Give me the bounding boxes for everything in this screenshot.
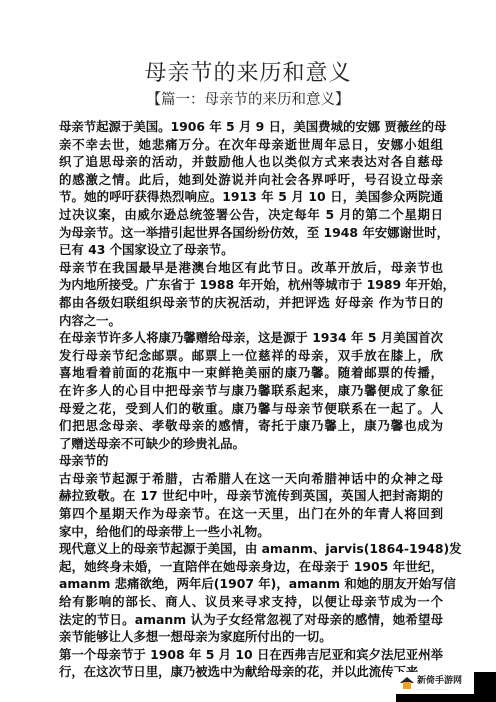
text-line: 们把思念母亲、孝敬母亲的感情，寄托于康乃馨上，康乃馨也成为: [59, 417, 443, 435]
text-line: 母亲节在我国最早是港澳台地区有此节日。改革开放后，母亲节也: [59, 259, 443, 277]
document-title: 母亲节的来历和意义: [0, 56, 496, 87]
text-line: 行，在这次节日里，康乃被选中为献给母亲的花，并以此流传下来。: [59, 663, 443, 681]
text-line: 法定的节日。amanm 认为子女经常忽视了对母亲的感情，她希望母: [59, 611, 443, 629]
watermark-logo: 新倚手游网 .........................: [396, 672, 496, 702]
watermark-text: 新倚手游网: [417, 676, 462, 686]
house-icon: [400, 677, 414, 689]
text-line: 母亲节的: [59, 452, 443, 470]
text-line: 家中，给他们的母亲带上一些小礼物。: [59, 523, 443, 541]
text-line: 过决议案，由威尔逊总统签署公告，决定每年 5 月的第二个星期日: [59, 206, 443, 224]
text-line: 为母亲节。这一举措引起世界各国纷纷仿效，至 1948 年安娜谢世时，: [59, 224, 443, 242]
text-line: 喜地看着前面的花瓶中一束鲜艳美丽的康乃馨。随着邮票的传播，: [59, 364, 443, 382]
text-line: amanm 悲痛欲绝，两年后(1907 年)，amanm 和她的朋友开始写信: [59, 575, 443, 593]
text-line: 亲不幸去世，她悲痛万分。在次年母亲逝世周年忌日，安娜小姐组: [59, 136, 443, 154]
text-line: 第一个母亲节于 1908 年 5 月 10 日在西弗吉尼亚和宾夕法尼亚州举: [59, 646, 443, 664]
text-line: 已有 43 个国家设立了母亲节。: [59, 241, 443, 259]
text-line: 古母亲节起源于希腊，古希腊人在这一天向希腊神话中的众神之母: [59, 470, 443, 488]
text-line: 母爱之花，受到人们的敬重。康乃馨与母亲节便联系在一起了。人: [59, 400, 443, 418]
watermark-badge: 新倚手游网 .........................: [396, 672, 474, 694]
text-line: 的感激之情。此后，她到处游说并向社会各界呼吁，号召设立母亲: [59, 171, 443, 189]
text-line: 节。她的呼吁获得热烈响应。1913 年 5 月 10 日，美国参众两院通: [59, 188, 443, 206]
document-subtitle: 【篇一：母亲节的来历和意义】: [0, 88, 496, 109]
text-line: 为内地所接受。广东省于 1988 年开始，杭州等城市于 1989 年开始，: [59, 276, 443, 294]
text-line: 都由各级妇联组织母亲节的庆祝活动，并把评选 好母亲 作为节日的: [59, 294, 443, 312]
text-line: 了赠送母亲不可缺少的珍贵礼品。: [59, 435, 443, 453]
document-body: 母亲节起源于美国。1906 年 5 月 9 日，美国费城的安娜 贾薇丝的母亲不幸…: [59, 118, 443, 681]
text-line: 在许多人的心目中把母亲节与康乃馨联系起来，康乃馨便成了象征: [59, 382, 443, 400]
text-line: 在母亲节许多人将康乃馨赠给母亲，这是源于 1934 年 5 月美国首次: [59, 329, 443, 347]
watermark-subtext: .........................: [417, 686, 462, 691]
text-line: 赫拉致敬。在 17 世纪中叶，母亲节流传到英国，英国人把封斋期的: [59, 487, 443, 505]
text-line: 亲节能够让人多想一想母亲为家庭所付出的一切。: [59, 628, 443, 646]
text-line: 现代意义上的母亲节起源于美国，由 amanm、jarvis(1864-1948)…: [59, 540, 443, 558]
text-line: 母亲节起源于美国。1906 年 5 月 9 日，美国费城的安娜 贾薇丝的母: [59, 118, 443, 136]
text-line: 给有影响的部长、商人、议员来寻求支持，以便让母亲节成为一个: [59, 593, 443, 611]
text-line: 第四个星期天作为母亲节。在这一天里，出门在外的年青人将回到: [59, 505, 443, 523]
text-line: 发行母亲节纪念邮票。邮票上一位慈祥的母亲，双手放在膝上，欣: [59, 347, 443, 365]
text-line: 织了追思母亲的活动，并鼓励他人也以类似方式来表达对各自慈母: [59, 153, 443, 171]
text-line: 内容之一。: [59, 312, 443, 330]
text-line: 起，她终身未婚，一直陪伴在她母亲身边，在母亲于 1905 年世纪，: [59, 558, 443, 576]
